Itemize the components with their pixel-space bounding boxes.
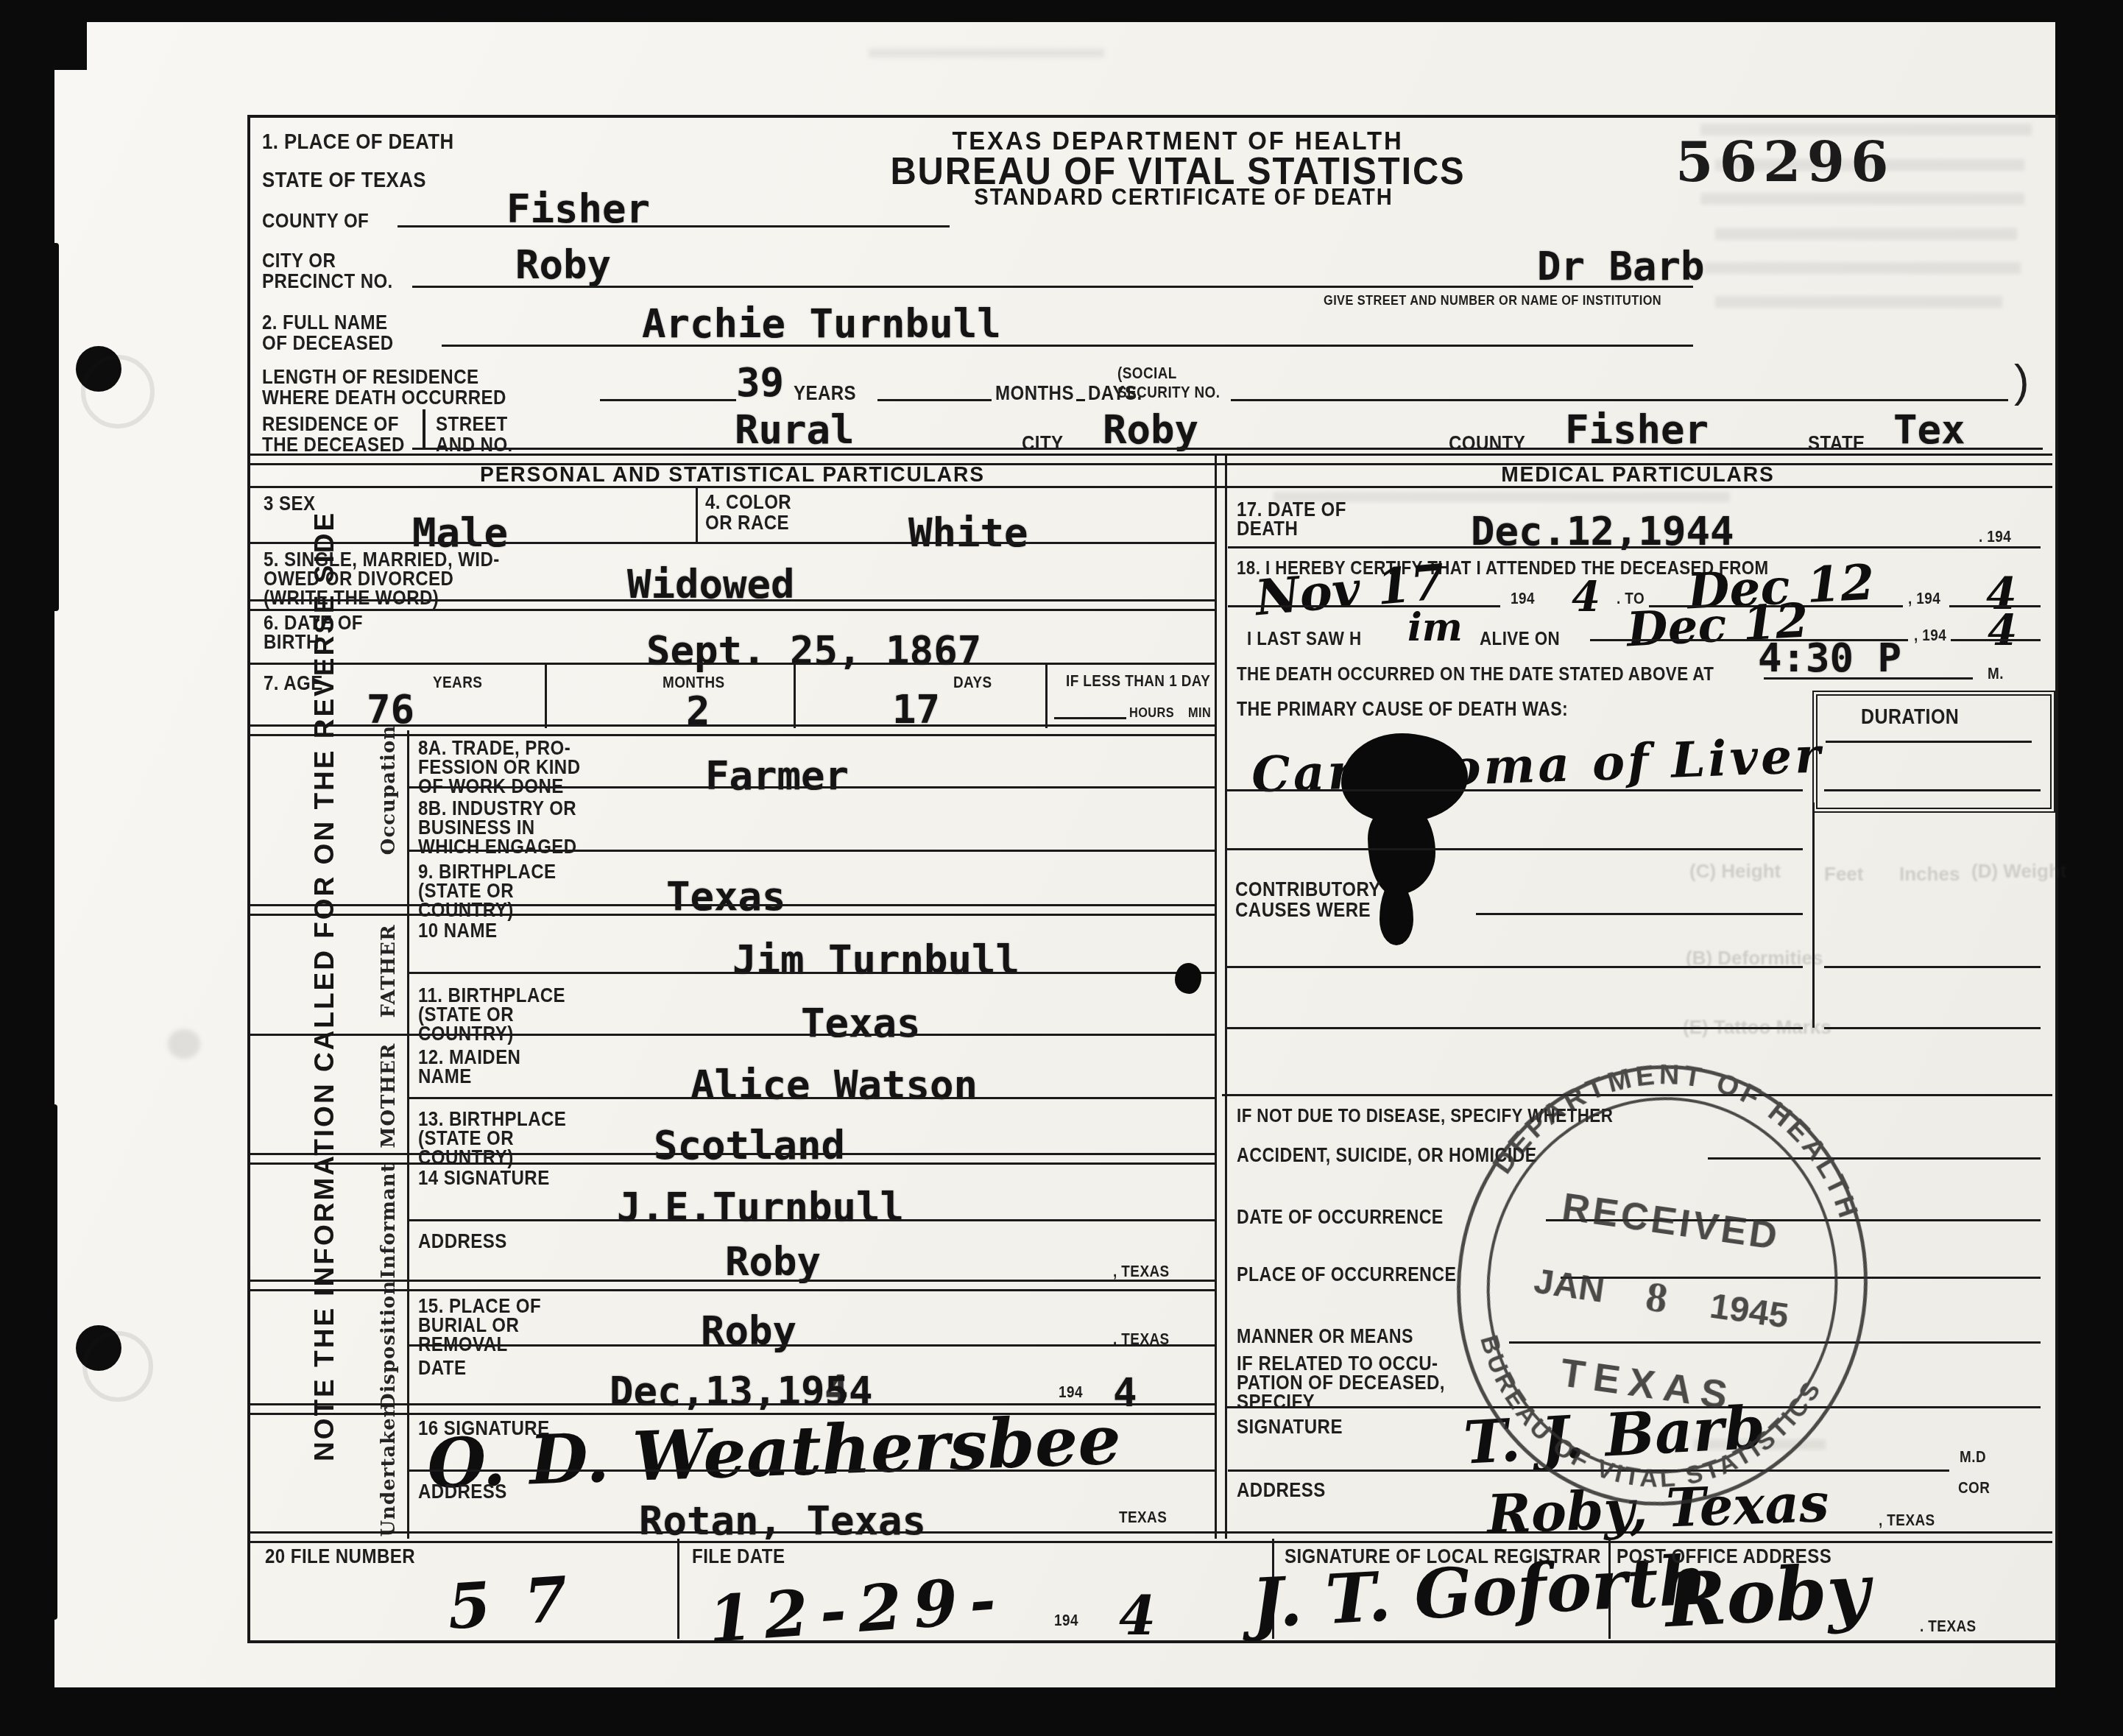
contributory-line: [1476, 913, 1803, 915]
ifless-label: IF LESS THAN 1 DAY: [1066, 671, 1210, 691]
standard-subtitle: STANDARD CERTIFICATE OF DEATH: [974, 184, 1393, 211]
place-of-death-label: 1. PLACE OF DEATH: [262, 130, 454, 155]
county2-value: Fisher: [1565, 406, 1709, 453]
state-label: STATE OF TEXAS: [262, 168, 426, 193]
sex-label: 3 SEX: [264, 492, 315, 515]
len-line-1: [600, 399, 736, 401]
lastsaw-year-value: 4: [1988, 605, 2017, 655]
row9-line: [250, 904, 1215, 916]
reverse-side-note: NOTE THE INFORMATION CALLED FOR ON THE R…: [309, 511, 340, 1461]
row14-line: [409, 1219, 1215, 1221]
residence-line: [412, 448, 2043, 450]
received-stamp: DEPARTMENT OF HEALTH BUREAU OF VITAL STA…: [1419, 1031, 1905, 1540]
bleed-deformities-label: (B) Deformities: [1686, 947, 1823, 970]
group-undertaker: Undertaker: [378, 1406, 400, 1536]
fullname-line: [442, 345, 1693, 347]
stamp-day: 8: [1643, 1271, 1671, 1322]
county-label: COUNTY OF: [262, 209, 369, 233]
file-date-label: FILE DATE: [692, 1545, 785, 1568]
undertaker-addr-label: ADDRESS: [418, 1480, 507, 1503]
duration-label: DURATION: [1861, 705, 1959, 730]
burial-place-value: Roby: [701, 1308, 796, 1354]
lastsaw-label-2: ALIVE ON: [1480, 627, 1560, 650]
row8a-line: [409, 786, 1215, 788]
svg-text:BUREAU OF VITAL STATISTICS: BUREAU OF VITAL STATISTICS: [1457, 1329, 1829, 1516]
group-informant: Informant: [378, 1162, 400, 1279]
duration-column-line: [1812, 802, 1815, 1028]
age-days-label: DAYS: [953, 673, 992, 692]
city-value: Roby: [515, 241, 611, 288]
place-occurrence-label: PLACE OF OCCURRENCE: [1237, 1263, 1456, 1286]
blank-line-1: [1226, 848, 1803, 850]
ink-dot: [1175, 963, 1201, 994]
hours-label: HOURS: [1129, 705, 1174, 721]
months-label: MONTHS: [995, 381, 1074, 405]
row10-line: [409, 972, 1215, 974]
undertaker-addr-state: TEXAS: [1119, 1508, 1167, 1527]
file-number-label: 20 FILE NUMBER: [265, 1545, 415, 1568]
bleed-inches-label: Inches: [1899, 863, 1960, 886]
ssn-close-paren: ): [2014, 355, 2030, 407]
burial-date-label: DATE: [418, 1356, 466, 1380]
duration-inner-line: [1826, 741, 2032, 743]
date-occurrence-label: DATE OF OCCURRENCE: [1237, 1206, 1444, 1229]
informant-bottom-line: [250, 1280, 1215, 1291]
row8b-line: [409, 850, 1215, 852]
years-label: YEARS: [794, 381, 856, 405]
lastsaw-year-preprint: , 194: [1914, 626, 1946, 645]
dod-label-2: DEATH: [1237, 517, 1298, 540]
row5-line: [250, 599, 1215, 611]
occupation-value: Farmer: [705, 752, 849, 799]
city2-label: CITY: [1022, 431, 1064, 455]
length-residence-years-value: 39: [736, 359, 784, 406]
row6-line: [250, 663, 1215, 665]
burial-year-preprint: 194: [1059, 1383, 1083, 1402]
physician-addr-label: ADDRESS: [1237, 1478, 1326, 1502]
scan-edge-top: [0, 0, 2123, 22]
bleed-height-label: (C) Height: [1689, 860, 1781, 883]
blank-line-2r: [1824, 966, 2041, 968]
smudge-top: [869, 49, 1104, 57]
medical-section-title: MEDICAL PARTICULARS: [1501, 462, 1775, 487]
industry-label-3: WHICH ENGAGED: [418, 835, 577, 858]
row11-line: [250, 1034, 1215, 1036]
len-line-2: [877, 399, 992, 401]
stamp-year: 1945: [1708, 1287, 1791, 1336]
occurred-line: [1764, 677, 1973, 680]
occurred-label: THE DEATH OCCURRED ON THE DATE STATED AB…: [1237, 663, 1714, 685]
stamp-month: JAN: [1531, 1262, 1606, 1310]
section-divider-bottom: [250, 486, 2052, 488]
row13-line: [250, 1153, 1215, 1165]
informant-sig-label: 14 SIGNATURE: [418, 1166, 550, 1190]
informant-addr-value: Roby: [725, 1238, 821, 1285]
city2-value: Roby: [1103, 406, 1198, 453]
primary-cause-label: THE PRIMARY CAUSE OF DEATH WAS:: [1237, 698, 1568, 721]
stamp-arc-bottom: BUREAU OF VITAL STATISTICS: [1457, 1329, 1829, 1516]
state2-label: STATE: [1808, 431, 1865, 455]
from-year-value: 4: [1572, 573, 1600, 621]
lastsaw-him-value: im: [1407, 605, 1463, 650]
row15-line: [409, 1344, 1215, 1347]
dob-value: Sept. 25, 1867: [646, 627, 981, 674]
footer-div-1: [677, 1539, 679, 1639]
ssn-line: [1231, 399, 2008, 401]
to-year-preprint: , 194: [1908, 589, 1940, 608]
row16-line: [409, 1469, 1215, 1472]
age-div-3: [1045, 665, 1048, 728]
length-residence-label-2: WHERE DEATH OCCURRED: [262, 386, 506, 409]
len-line-3: [1076, 399, 1085, 401]
father-name-label: 10 NAME: [418, 919, 497, 942]
informant-addr-state: , TEXAS: [1113, 1262, 1170, 1281]
color-value: White: [908, 509, 1028, 556]
row34-line: [250, 542, 1215, 544]
lastsaw-line-2: [1951, 639, 2041, 641]
death-time-value: 4:30 P: [1758, 635, 1901, 681]
po-state-label: . TEXAS: [1920, 1617, 1977, 1636]
city-line: [412, 286, 1693, 288]
county2-label: COUNTY: [1449, 431, 1525, 455]
give-street-hint: GIVE STREET AND NUMBER OR NAME OF INSTIT…: [1324, 293, 1661, 309]
ssn-label-1: (SOCIAL: [1117, 364, 1177, 383]
county-line: [398, 225, 950, 227]
age-div-2: [794, 665, 796, 728]
scan-edge-left-ragged: [52, 243, 59, 611]
ssn-label-2: SECURITY NO.: [1117, 383, 1220, 402]
file-year-preprint: 194: [1054, 1611, 1078, 1630]
manner-label: MANNER OR MEANS: [1237, 1325, 1413, 1348]
physician-addr-state: , TEXAS: [1879, 1511, 1935, 1530]
md-label: M.D: [1960, 1447, 1986, 1467]
punch-hole-bottom-ring: [82, 1331, 153, 1402]
state2-value: Tex: [1893, 406, 1965, 453]
certificate-number: 56296: [1675, 131, 1894, 194]
row12-line: [409, 1097, 1215, 1099]
informant-addr-label: ADDRESS: [418, 1229, 507, 1253]
cor-label: COR: [1958, 1478, 1990, 1497]
residence-brace: [423, 409, 425, 448]
fullname-value: Archie Turnbull: [642, 300, 1001, 347]
contributory-label-2: CAUSES WERE: [1235, 898, 1371, 922]
hours-line: [1054, 717, 1126, 719]
father-bp-value: Texas: [801, 1000, 921, 1046]
po-address-value: Roby: [1663, 1547, 1872, 1644]
stamp-received: RECEIVED: [1560, 1185, 1783, 1258]
bleed-feet-label: Feet: [1824, 863, 1863, 886]
sex-color-divider: [696, 487, 698, 542]
group-father: FATHER: [378, 924, 400, 1017]
dod-line: [1228, 546, 2041, 548]
street-value: Rural: [735, 406, 855, 453]
blank-line-3r: [1824, 1027, 2041, 1029]
age-years-label: YEARS: [433, 673, 482, 692]
smudge-left-margin: [168, 1029, 200, 1059]
institution-value: Dr Barb: [1537, 243, 1705, 289]
age-div-1: [545, 665, 547, 728]
from-year-preprint: 194: [1511, 589, 1535, 608]
group-mother: MOTHER: [378, 1043, 400, 1148]
personal-section-title: PERSONAL AND STATISTICAL PARTICULARS: [480, 462, 985, 487]
group-disposition: Disposition: [378, 1280, 400, 1410]
min-label: MIN: [1188, 705, 1211, 721]
punch-hole-top-ring: [81, 355, 155, 428]
father-name-value: Jim Turnbull: [732, 936, 1020, 983]
file-year-value: 4: [1119, 1584, 1156, 1647]
dod-year-preprint: . 194: [1979, 527, 2011, 546]
death-certificate-scan: 1. PLACE OF DEATH STATE OF TEXAS TEXAS D…: [0, 0, 2123, 1736]
bleed-weight-label: (D) Weight: [1971, 860, 2067, 883]
bleed-marks-label: (E) Tattoo Marks: [1683, 1016, 1831, 1039]
m-label: M.: [1988, 664, 2004, 683]
mother-name-value: Alice Watson: [690, 1062, 978, 1108]
color-label-2: OR RACE: [705, 511, 789, 534]
scan-edge-left: [0, 0, 54, 1736]
mother-name-label-2: NAME: [418, 1065, 472, 1088]
lastsaw-label-1: I LAST SAW H: [1247, 627, 1361, 650]
related-label-3: SPECIFY: [1237, 1390, 1315, 1414]
group-occupation: Occupation: [378, 725, 400, 855]
fullname-label-2: OF DECEASED: [262, 331, 394, 355]
scan-edge-left-ragged2: [52, 1104, 57, 1620]
informant-sig-value: J.E.Turnbull: [617, 1184, 904, 1230]
scan-edge-bottom: [0, 1687, 2123, 1736]
cause-line: [1226, 789, 1803, 791]
column-divider: [1215, 454, 1227, 1539]
physician-sig-label: SIGNATURE: [1237, 1415, 1343, 1439]
cause-line-right: [1824, 789, 2041, 791]
city-label-2: PRECINCT NO.: [262, 269, 393, 293]
file-number-value: 57: [445, 1560, 604, 1643]
stamp-texas: TEXAS: [1558, 1350, 1739, 1419]
